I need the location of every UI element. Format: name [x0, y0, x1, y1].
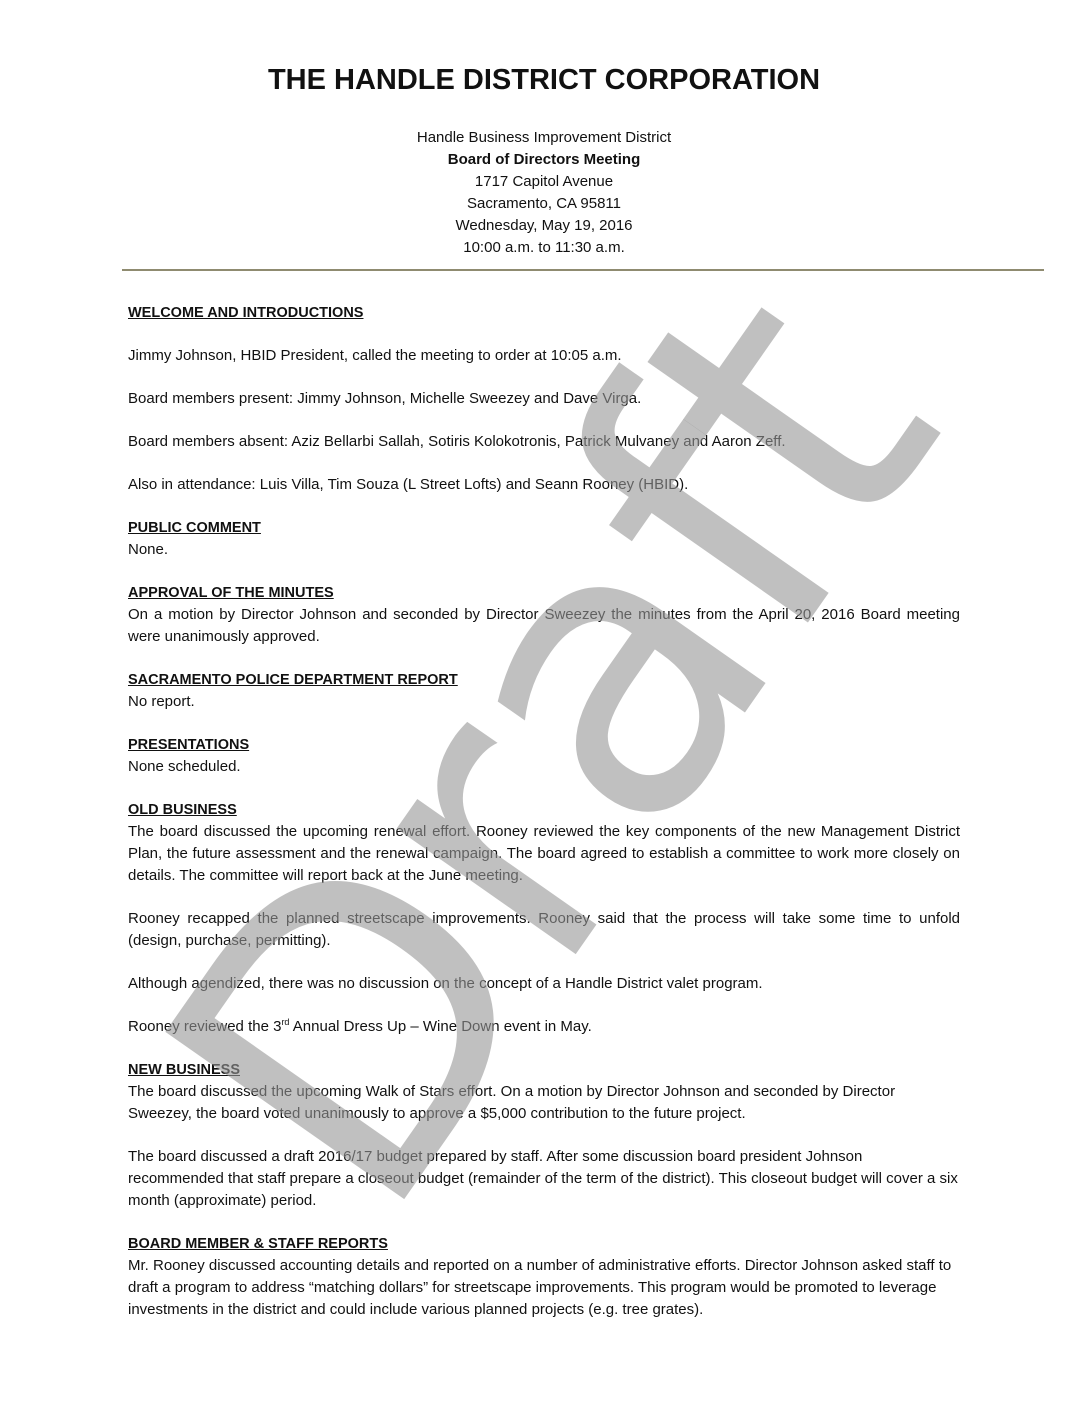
section-heading-welcome: WELCOME AND INTRODUCTIONS	[128, 302, 960, 324]
welcome-call-to-order: Jimmy Johnson, HBID President, called th…	[128, 345, 960, 367]
organization-name: Handle Business Improvement District	[0, 127, 1088, 149]
section-heading-presentations: PRESENTATIONS	[128, 734, 960, 756]
event-prefix: Rooney reviewed the 3	[128, 1018, 281, 1035]
address-line-2: Sacramento, CA 95811	[0, 193, 1088, 215]
old-business-event: Rooney reviewed the 3rd Annual Dress Up …	[128, 1016, 960, 1038]
meeting-name: Board of Directors Meeting	[0, 149, 1088, 171]
presentations-body: None scheduled.	[128, 756, 960, 778]
public-comment-body: None.	[128, 539, 960, 561]
address-line-1: 1717 Capitol Avenue	[0, 171, 1088, 193]
new-business-budget: The board discussed a draft 2016/17 budg…	[128, 1146, 960, 1212]
section-heading-new-business: NEW BUSINESS	[128, 1059, 960, 1081]
event-suffix: Annual Dress Up – Wine Down event in May…	[289, 1018, 591, 1035]
police-body: No report.	[128, 691, 960, 713]
meeting-time: 10:00 a.m. to 11:30 a.m.	[0, 237, 1088, 259]
welcome-members-present: Board members present: Jimmy Johnson, Mi…	[128, 388, 960, 410]
old-business-streetscape: Rooney recapped the planned streetscape …	[128, 908, 960, 952]
section-heading-police: SACRAMENTO POLICE DEPARTMENT REPORT	[128, 669, 960, 691]
meeting-header: Handle Business Improvement District Boa…	[0, 127, 1088, 259]
old-business-valet: Although agendized, there was no discuss…	[128, 973, 960, 995]
meeting-date: Wednesday, May 19, 2016	[0, 215, 1088, 237]
section-heading-public-comment: PUBLIC COMMENT	[128, 517, 960, 539]
section-heading-approval: APPROVAL OF THE MINUTES	[128, 582, 960, 604]
minutes-body: WELCOME AND INTRODUCTIONS Jimmy Johnson,…	[128, 302, 960, 1321]
section-heading-old-business: OLD BUSINESS	[128, 799, 960, 821]
welcome-members-absent: Board members absent: Aziz Bellarbi Sall…	[128, 431, 960, 453]
new-business-walk-of-stars: The board discussed the upcoming Walk of…	[128, 1081, 960, 1125]
old-business-renewal: The board discussed the upcoming renewal…	[128, 821, 960, 887]
reports-body: Mr. Rooney discussed accounting details …	[128, 1255, 960, 1321]
document-title: THE HANDLE DISTRICT CORPORATION	[0, 64, 1088, 97]
section-heading-reports: BOARD MEMBER & STAFF REPORTS	[128, 1233, 960, 1255]
approval-body: On a motion by Director Johnson and seco…	[128, 604, 960, 648]
welcome-attendance: Also in attendance: Luis Villa, Tim Souz…	[128, 474, 960, 496]
header-divider	[122, 269, 1044, 271]
